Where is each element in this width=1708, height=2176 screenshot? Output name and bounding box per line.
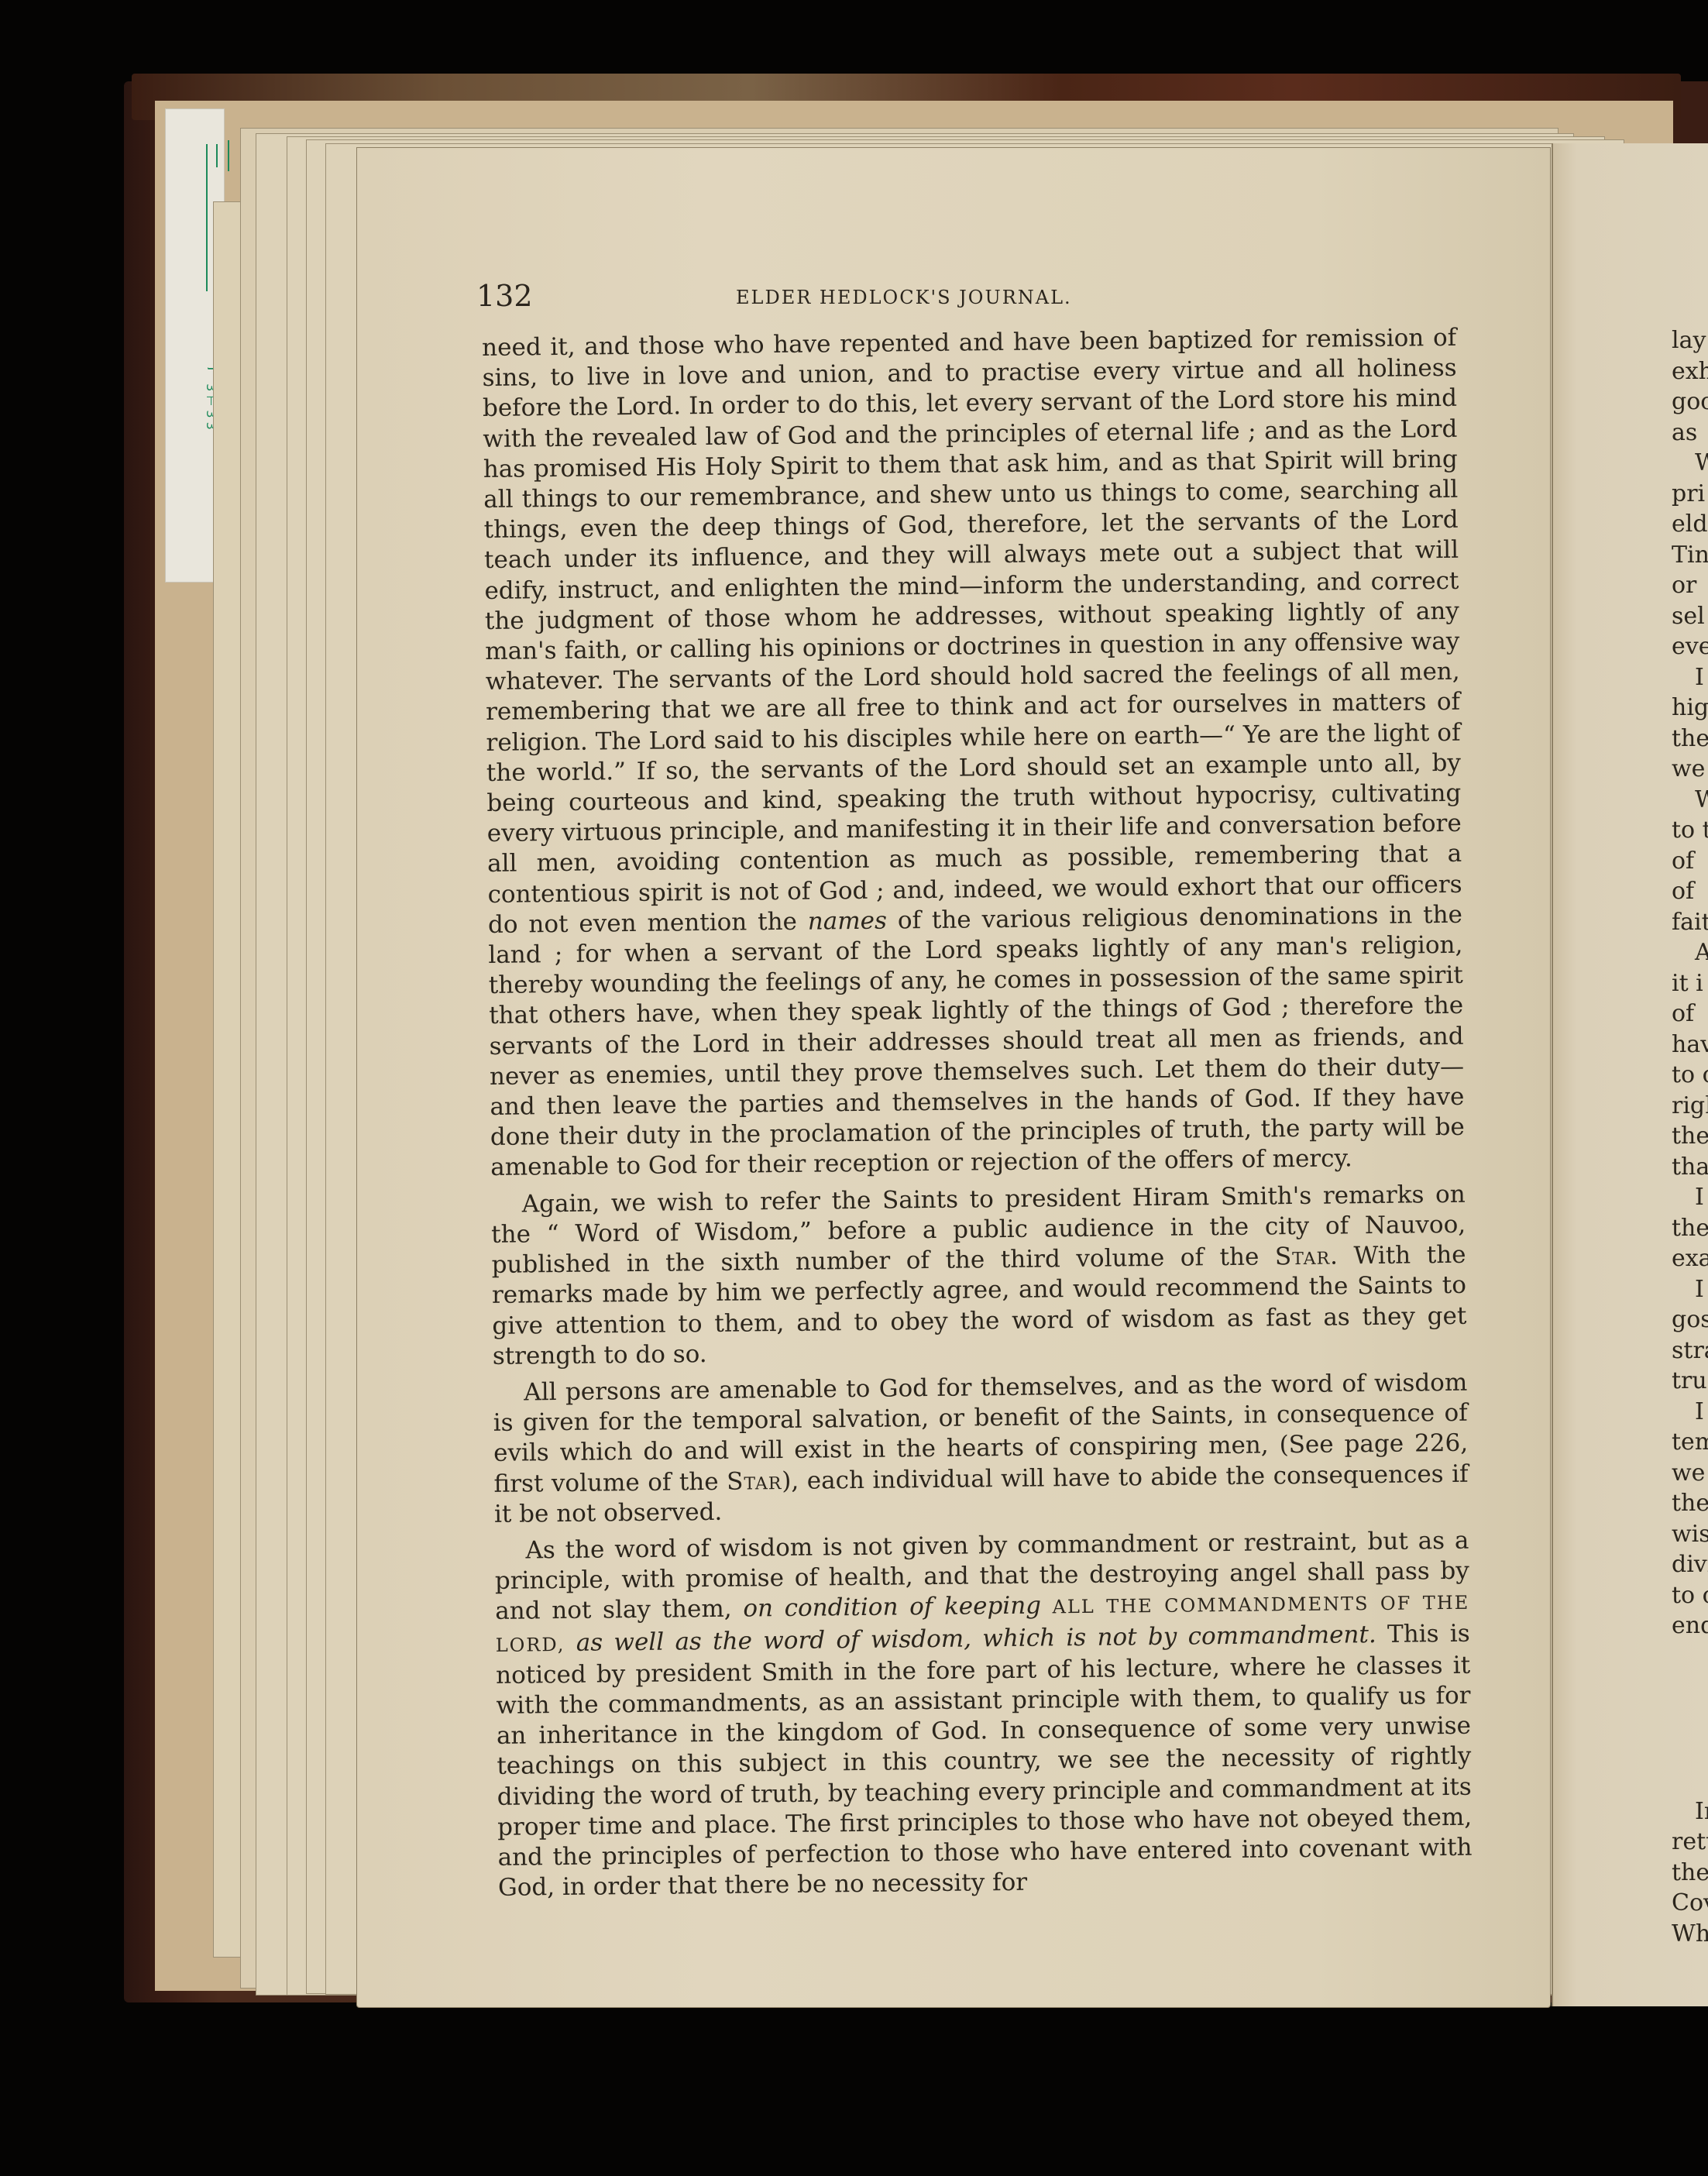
running-head: ELDER HEDLOCK'S JOURNAL. [736,287,1072,308]
paragraph: As the word of wisdom is not given by co… [494,1526,1473,1904]
right-page-line-fragment: the [1672,724,1708,755]
right-page-line-fragment: it i [1672,968,1708,999]
page-header: 132 ELDER HEDLOCK'S JOURNAL. [476,279,1437,318]
right-page-line-fragment: hav [1672,1030,1708,1060]
right-page-line-fragment: to c [1672,1060,1708,1091]
right-page-line-fragment: sel [1672,601,1708,632]
right-page-line-fragment: wis [1672,1519,1708,1550]
right-page-line-fragment: pri [1672,479,1708,510]
right-page-line-fragment: gos [1672,1305,1708,1336]
right-page-line-fragment: goo [1672,387,1708,418]
right-page-text-fragments: layexhgooasWprieldTinorseleveIhigtheweWt… [1672,325,1708,1949]
right-page-line-fragment: exa [1672,1243,1708,1274]
right-page-line-fragment: to t [1672,815,1708,846]
right-page-line-fragment: the [1672,1488,1708,1519]
right-page-line-fragment: eld [1672,509,1708,540]
right-page-line-fragment: Tin [1672,540,1708,571]
right-page-line-fragment: stra [1672,1336,1708,1366]
right-page-line-fragment: W [1672,785,1708,816]
right-page-line-fragment: righ [1672,1091,1708,1122]
star-reference: Star [1275,1243,1331,1271]
right-page-line-fragment: end [1672,1611,1708,1641]
right-page-line-fragment: In [1672,1796,1708,1827]
right-page-line-fragment: hig [1672,693,1708,724]
right-page-line-fragment: divi [1672,1549,1708,1580]
right-page-line-fragment: as [1672,418,1708,449]
right-page-line-fragment: Cov [1672,1888,1708,1919]
right-page-line-fragment: eve [1672,631,1708,662]
green-ink-line [228,140,229,171]
right-page-line-fragment: I [1672,1182,1708,1213]
right-page-line-fragment: I [1672,1274,1708,1305]
right-page-line-fragment: of [1672,876,1708,907]
right-page-line-fragment: ther [1672,1858,1708,1889]
page-number: 132 [476,279,533,313]
right-page-line-fragment: lay [1672,325,1708,356]
right-page-line-fragment: tha [1672,1152,1708,1183]
paragraph: Again, we wish to refer the Saints to pr… [491,1179,1467,1371]
right-page-line-fragment: A [1672,937,1708,968]
right-page-line-fragment: or [1672,570,1708,601]
right-page-line-fragment: the [1672,1213,1708,1244]
right-page-line-fragment: I [1672,1397,1708,1428]
italic-names: names [808,906,887,935]
right-page-line-fragment: of [1672,846,1708,877]
right-page-line-fragment: we [1672,1458,1708,1489]
green-ink-line [206,144,208,291]
right-page-line-fragment: the [1672,1121,1708,1152]
right-page-line-fragment: fait [1672,907,1708,938]
star-reference: Star [727,1467,782,1496]
paragraph: All persons are amenable to God for them… [493,1368,1469,1530]
right-page-line-fragment: exh [1672,356,1708,387]
right-page-line-fragment: we [1672,754,1708,785]
right-page-line-fragment: retu [1672,1827,1708,1858]
right-page-line-fragment: Wh [1672,1919,1708,1950]
right-page-line-fragment: W [1672,448,1708,479]
right-page-line-fragment: tem [1672,1427,1708,1458]
right-page-line-fragment: tru [1672,1366,1708,1397]
right-page-line-fragment: to c [1672,1580,1708,1611]
green-ink-line [216,144,218,167]
paragraph: need it, and those who have repented and… [482,323,1465,1184]
right-page-line-fragment: of [1672,999,1708,1030]
right-page-line-fragment: I [1672,662,1708,693]
page-body: need it, and those who have repented and… [482,323,1473,1903]
